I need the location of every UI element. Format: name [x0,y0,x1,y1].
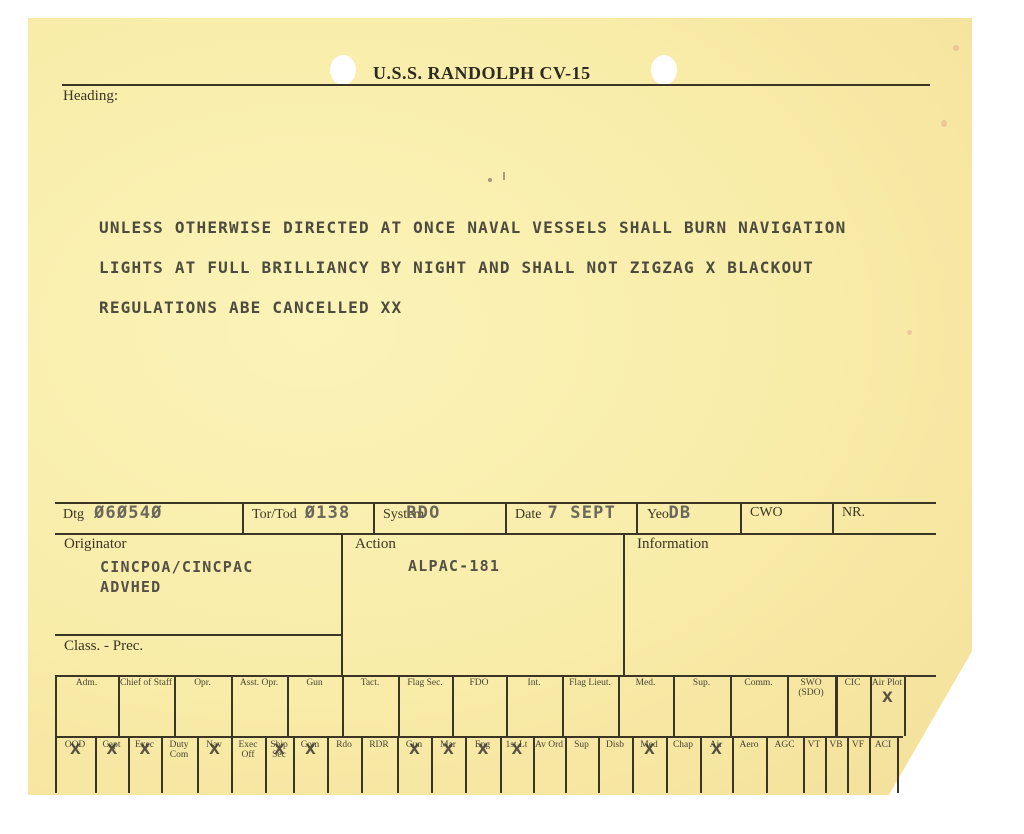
distribution-label: Sup [565,740,598,750]
distribution-cell[interactable]: VF [847,737,869,793]
system-field[interactable]: System RDO [383,503,441,523]
originator-line: CINCPOA/CINCPAC [100,557,253,577]
divider [832,502,834,533]
distribution-cell[interactable]: VT [803,737,825,793]
distribution-cell[interactable]: OODX [55,737,95,793]
distribution-label: Adm. [55,678,118,688]
distribution-cell[interactable]: Flag Lieut. [562,676,618,736]
distribution-cell[interactable]: ComX [293,737,327,793]
ship-title: U.S.S. RANDOLPH CV-15 [373,63,591,84]
distribution-cell[interactable]: Comm. [730,676,787,736]
paper-stain [941,120,947,127]
nr-field[interactable]: NR. [842,503,865,521]
distribution-cell[interactable]: AGC [766,737,803,793]
distribution-cell[interactable]: ACI [869,737,897,793]
distribution-label: Flag Lieut. [562,678,618,688]
punch-hole-left [330,55,356,85]
distribution-label: Asst. Opr. [231,678,287,688]
action-label: Action [355,536,500,553]
yeo-field[interactable]: Yeo. DB [647,503,691,523]
distribution-cell[interactable]: CaptX [95,737,128,793]
tor-tod-label: Tor/Tod [252,507,297,522]
cwo-label: CWO [750,505,783,520]
cwo-field[interactable]: CWO [750,503,783,521]
information-field[interactable]: Information [637,536,709,553]
distribution-cell[interactable]: Tact. [342,676,398,736]
distribution-label: Av Ord [533,740,565,750]
divider [242,502,244,533]
x-mark-icon: X [711,742,722,758]
distribution-cell[interactable]: Int. [506,676,562,736]
distribution-cell[interactable]: Av Ord [533,737,565,793]
action-value: ALPAC-181 [408,557,500,575]
class-prec-label[interactable]: Class. - Prec. [64,638,143,655]
distribution-cell[interactable]: Ship SecX [265,737,293,793]
originator-line: ADVHED [100,577,253,597]
tor-tod-value: Ø138 [305,503,351,523]
nr-label: NR. [842,505,865,520]
paper-stain [907,330,912,335]
message-line: REGULATIONS ABE CANCELLED XX [99,288,846,328]
message-line: UNLESS OTHERWISE DIRECTED AT ONCE NAVAL … [99,208,846,248]
ink-speck [488,178,492,182]
distribution-label: Flag Sec. [398,678,452,688]
x-mark-icon: X [209,742,220,758]
date-label: Date [515,507,541,522]
action-field[interactable]: Action ALPAC-181 [355,536,500,575]
divider [373,502,375,533]
header-rule [62,84,930,86]
heading-label: Heading: [63,88,118,105]
distribution-label: Chief of Staff [118,678,174,688]
distribution-cell[interactable]: Adm. [55,676,118,736]
distribution-cell[interactable]: EngX [465,737,500,793]
distribution-cell[interactable]: Duty Com [161,737,197,793]
distribution-label: Air Plot [870,678,904,688]
distribution-cell[interactable]: NavX [197,737,231,793]
distribution-label: AGC [766,740,803,750]
x-mark-icon: X [512,742,523,758]
distribution-label: Sup. [673,678,730,688]
distribution-divider [897,737,899,793]
x-mark-icon: X [274,742,285,758]
tor-tod-field[interactable]: Tor/Tod Ø138 [252,503,350,523]
distribution-cell[interactable]: CIC [835,676,870,736]
distribution-divider [904,676,906,736]
distribution-cell[interactable]: Sup [565,737,598,793]
ink-speck [503,172,505,180]
distribution-cell[interactable]: AirX [700,737,732,793]
distribution-label: VT [803,740,825,750]
distribution-label: Tact. [342,678,398,688]
yeo-value: DB [668,503,691,523]
x-mark-icon: X [478,742,489,758]
distribution-label: FDO [452,678,506,688]
originator-field[interactable]: Originator CINCPOA/CINCPAC ADVHED [64,536,253,597]
distribution-cell[interactable]: GunX [397,737,431,793]
dtg-field[interactable]: Dtg Ø6Ø54Ø [63,503,163,523]
distribution-cell[interactable]: Disb [598,737,632,793]
date-value: 7 SEPT [547,503,616,523]
divider [636,502,638,533]
distribution-cell[interactable]: Gun [287,676,342,736]
distribution-cell[interactable]: Air PlotX [870,676,904,736]
distribution-label: Disb [598,740,632,750]
dtg-label: Dtg [63,507,84,522]
distribution-label: VB [825,740,847,750]
divider [505,502,507,533]
distribution-cell[interactable]: Flag Sec. [398,676,452,736]
distribution-cell[interactable]: Chief of Staff [118,676,174,736]
distribution-cell[interactable]: Opr. [174,676,231,736]
field-row-bottom-rule [55,533,936,535]
x-mark-icon: X [882,690,893,706]
distribution-cell[interactable]: VB [825,737,847,793]
dtg-value: Ø6Ø54Ø [94,503,163,523]
distribution-label: Opr. [174,678,231,688]
distribution-cell[interactable]: Exec Off [231,737,265,793]
punch-hole-right [651,55,677,85]
information-label: Information [637,536,709,553]
class-prec-rule [55,634,342,636]
distribution-label: Exec Off [231,740,265,760]
field-row-top-rule [55,502,936,504]
distribution-cell[interactable]: RDR [361,737,397,793]
distribution-label: Comm. [730,678,787,688]
x-mark-icon: X [443,742,454,758]
distribution-label: Chap [666,740,700,750]
distribution-cell[interactable]: SWO (SDO) [787,676,835,736]
distribution-label: RDR [361,740,397,750]
distribution-cell[interactable]: MedX [632,737,666,793]
x-mark-icon: X [140,742,151,758]
divider [740,502,742,533]
x-mark-icon: X [107,742,118,758]
message-line: LIGHTS AT FULL BRILLIANCY BY NIGHT AND S… [99,248,846,288]
message-body: UNLESS OTHERWISE DIRECTED AT ONCE NAVAL … [99,208,846,328]
system-value: RDO [406,503,440,523]
x-mark-icon: X [70,742,81,758]
paper-stain [953,45,959,51]
divider [623,533,625,675]
distribution-cell[interactable]: Sup. [673,676,730,736]
distribution-label: CIC [835,678,870,688]
distribution-cell[interactable]: Aero [732,737,766,793]
date-field[interactable]: Date 7 SEPT [515,503,616,523]
distribution-label: Med. [618,678,673,688]
distribution-label: VF [847,740,869,750]
distribution-cell[interactable]: Rdo [327,737,361,793]
x-mark-icon: X [305,742,316,758]
distribution-cell[interactable]: Med. [618,676,673,736]
distribution-cell[interactable]: 1st LtX [500,737,533,793]
x-mark-icon: X [644,742,655,758]
distribution-cell[interactable]: MarX [431,737,465,793]
distribution-label: ACI [869,740,897,750]
distribution-label: SWO (SDO) [787,678,835,698]
distribution-label: Gun [287,678,342,688]
divider [341,533,343,675]
distribution-label: Aero [732,740,766,750]
distribution-cell[interactable]: FDO [452,676,506,736]
distribution-label: Int. [506,678,562,688]
x-mark-icon: X [409,742,420,758]
distribution-label: Duty Com [161,740,197,760]
originator-label: Originator [64,536,253,553]
distribution-cell[interactable]: ExecX [128,737,161,793]
distribution-cell[interactable]: Chap [666,737,700,793]
distribution-label: Rdo [327,740,361,750]
distribution-cell[interactable]: Asst. Opr. [231,676,287,736]
